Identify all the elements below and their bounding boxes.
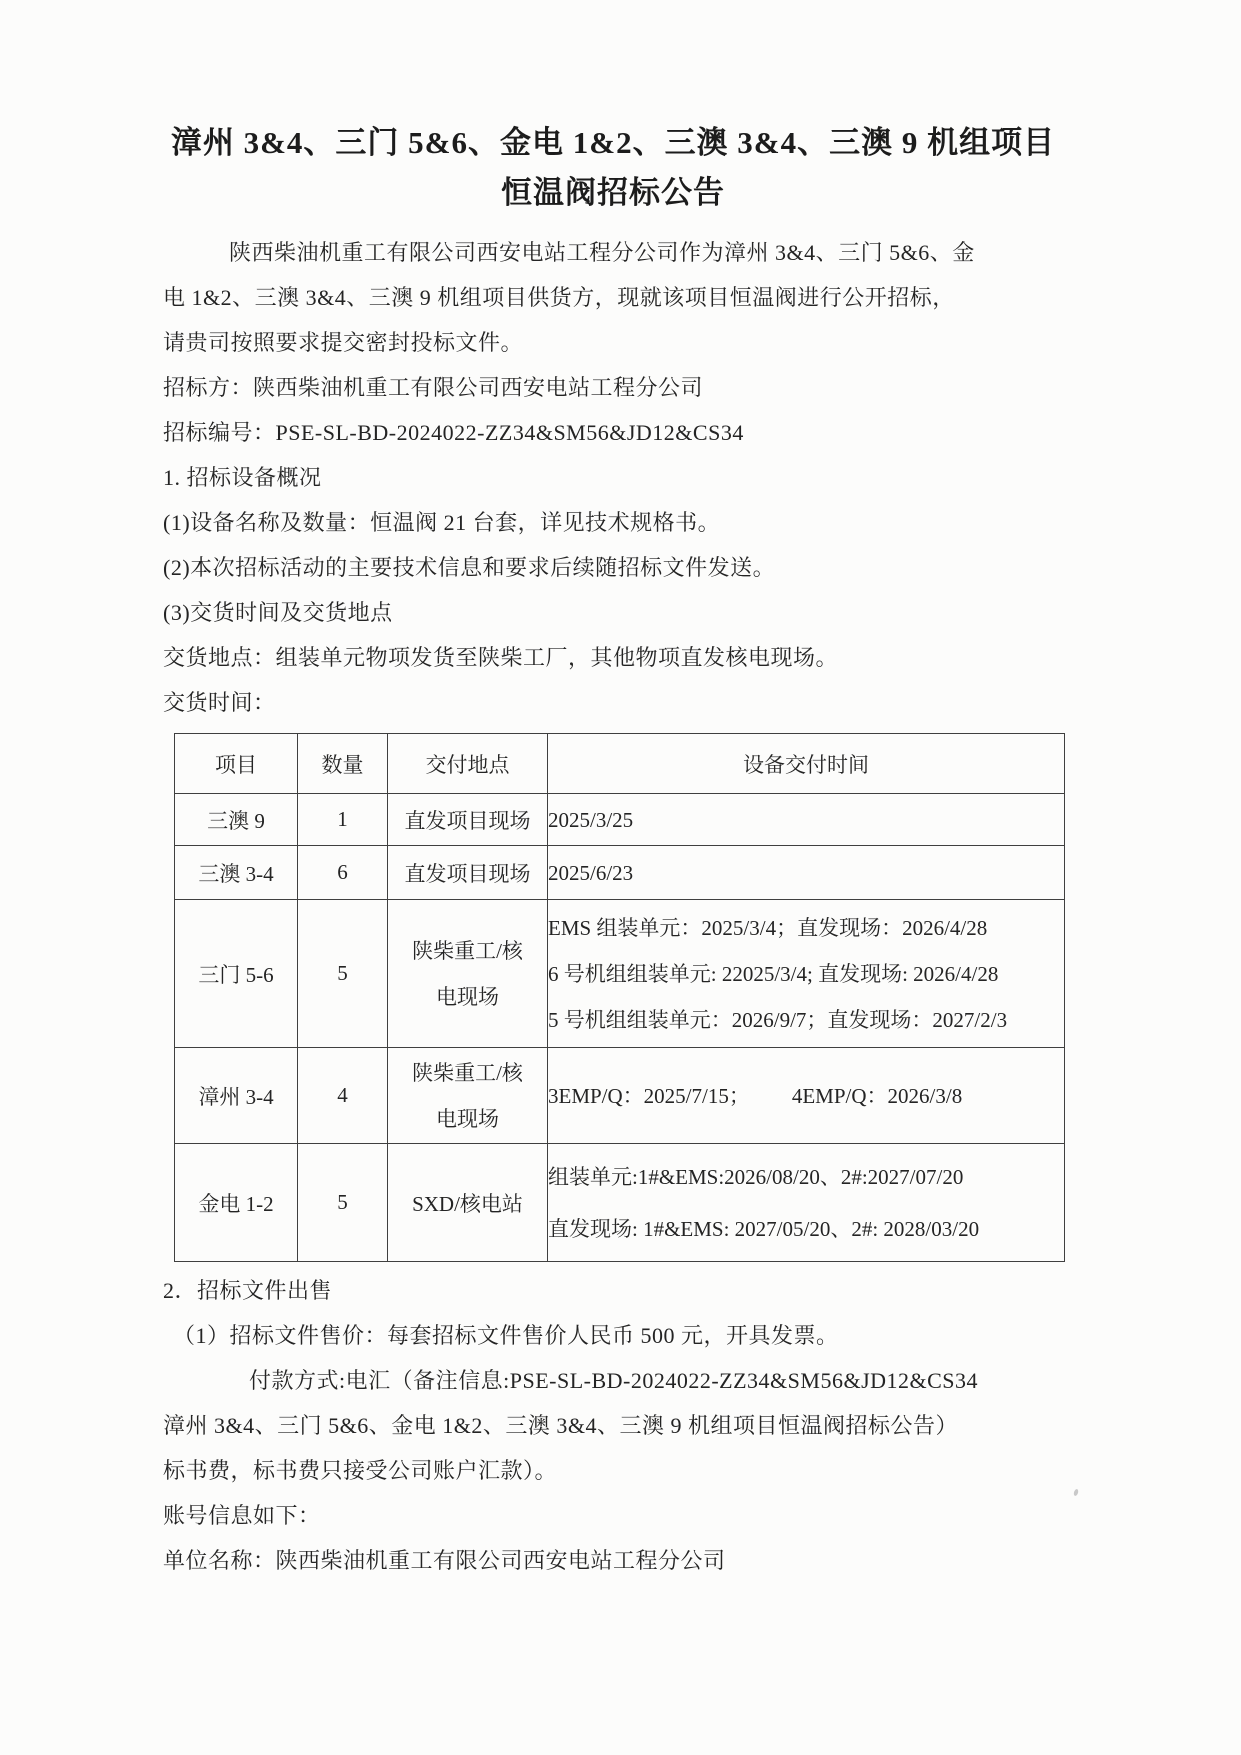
delivery-time-line: 2025/6/23	[548, 850, 1064, 896]
cell-project: 三澳 3-4	[175, 846, 298, 900]
section-1-item-1: (1)设备名称及数量：恒温阀 21 台套，详见技术规格书。	[163, 500, 1063, 545]
title-line-1: 漳州 3&4、三门 5&6、金电 1&2、三澳 3&4、三澳 9 机组项目	[163, 118, 1063, 168]
delivery-time-line: 5 号机组组装单元：2026/9/7；直发现场：2027/2/3	[548, 997, 1064, 1043]
cell-project: 三门 5-6	[175, 900, 298, 1048]
location-line: 陕柴重工/核	[388, 928, 547, 974]
doc-price-line: （1）招标文件售价：每套招标文件售价人民币 500 元，开具发票。	[163, 1313, 1063, 1358]
delivery-time-line: 3EMP/Q：2025/7/15； 4EMP/Q：2026/3/8	[548, 1073, 1064, 1119]
cell-project: 金电 1-2	[175, 1144, 298, 1262]
cell-quantity: 5	[298, 900, 388, 1048]
section-1-item-3: (3)交货时间及交货地点	[163, 590, 1063, 635]
table-row: 三澳 3-4 6 直发项目现场 2025/6/23	[175, 846, 1065, 900]
tender-number-line: 招标编号：PSE-SL-BD-2024022-ZZ34&SM56&JD12&CS…	[163, 410, 1063, 455]
payment-method-line-3: 标书费，标书费只接受公司账户汇款）。	[163, 1448, 1063, 1493]
payment-method-line-1: 付款方式:电汇（备注信息:PSE-SL-BD-2024022-ZZ34&SM56…	[163, 1358, 1063, 1403]
cell-location: 直发项目现场	[388, 846, 548, 900]
document-content: 漳州 3&4、三门 5&6、金电 1&2、三澳 3&4、三澳 9 机组项目 恒温…	[163, 118, 1063, 1583]
cell-location: 陕柴重工/核 电现场	[388, 1048, 548, 1144]
table-row: 三门 5-6 5 陕柴重工/核 电现场 EMS 组装单元：2025/3/4；直发…	[175, 900, 1065, 1048]
cell-quantity: 5	[298, 1144, 388, 1262]
delivery-time-line: 6 号机组组装单元: 22025/3/4; 直发现场: 2026/4/28	[548, 951, 1064, 997]
cell-delivery-time: 3EMP/Q：2025/7/15； 4EMP/Q：2026/3/8	[548, 1048, 1065, 1144]
delivery-time-line: 组装单元:1#&EMS:2026/08/20、2#:2027/07/20	[548, 1151, 1064, 1203]
sale-section: 2．招标文件出售 （1）招标文件售价：每套招标文件售价人民币 500 元，开具发…	[163, 1268, 1063, 1583]
section-2-heading: 2．招标文件出售	[163, 1268, 1063, 1313]
scanned-document-page: 漳州 3&4、三门 5&6、金电 1&2、三澳 3&4、三澳 9 机组项目 恒温…	[0, 0, 1241, 1755]
cell-quantity: 6	[298, 846, 388, 900]
section-1-heading: 1. 招标设备概况	[163, 455, 1063, 500]
scan-artifact-speck	[1073, 1489, 1079, 1497]
col-header-location: 交付地点	[388, 734, 548, 794]
cell-delivery-time: 2025/6/23	[548, 846, 1065, 900]
cell-quantity: 1	[298, 794, 388, 846]
delivery-schedule-table: 项目 数量 交付地点 设备交付时间 三澳 9 1 直发项目现场 2025/3/2…	[174, 733, 1065, 1262]
section-1-item-2: (2)本次招标活动的主要技术信息和要求后续随招标文件发送。	[163, 545, 1063, 590]
payment-method-line-2: 漳州 3&4、三门 5&6、金电 1&2、三澳 3&4、三澳 9 机组项目恒温阀…	[163, 1403, 1063, 1448]
cell-location: 陕柴重工/核 电现场	[388, 900, 548, 1048]
title-line-2: 恒温阀招标公告	[163, 168, 1063, 218]
intro-section: 陕西柴油机重工有限公司西安电站工程分公司作为漳州 3&4、三门 5&6、金 电 …	[163, 230, 1063, 725]
table-header-row: 项目 数量 交付地点 设备交付时间	[175, 734, 1065, 794]
location-line: 电现场	[388, 974, 547, 1020]
cell-delivery-time: 2025/3/25	[548, 794, 1065, 846]
delivery-time-line: 2025/3/25	[548, 797, 1064, 843]
delivery-time-label: 交货时间：	[163, 680, 1063, 725]
intro-paragraph-line-2: 电 1&2、三澳 3&4、三澳 9 机组项目供货方，现就该项目恒温阀进行公开招标…	[163, 275, 1063, 320]
delivery-place-line: 交货地点：组装单元物项发货至陕柴工厂，其他物项直发核电现场。	[163, 635, 1063, 680]
company-name-line: 单位名称：陕西柴油机重工有限公司西安电站工程分公司	[163, 1538, 1063, 1583]
cell-quantity: 4	[298, 1048, 388, 1144]
col-header-quantity: 数量	[298, 734, 388, 794]
intro-paragraph-line-3: 请贵司按照要求提交密封投标文件。	[163, 320, 1063, 365]
table-row: 漳州 3-4 4 陕柴重工/核 电现场 3EMP/Q：2025/7/15； 4E…	[175, 1048, 1065, 1144]
account-info-label: 账号信息如下：	[163, 1493, 1063, 1538]
cell-location: SXD/核电站	[388, 1144, 548, 1262]
cell-location: 直发项目现场	[388, 794, 548, 846]
table-row: 金电 1-2 5 SXD/核电站 组装单元:1#&EMS:2026/08/20、…	[175, 1144, 1065, 1262]
location-line: 电现场	[388, 1096, 547, 1142]
cell-delivery-time: EMS 组装单元：2025/3/4；直发现场：2026/4/28 6 号机组组装…	[548, 900, 1065, 1048]
document-title: 漳州 3&4、三门 5&6、金电 1&2、三澳 3&4、三澳 9 机组项目 恒温…	[163, 118, 1063, 218]
delivery-time-line: 直发现场: 1#&EMS: 2027/05/20、2#: 2028/03/20	[548, 1203, 1064, 1255]
table-row: 三澳 9 1 直发项目现场 2025/3/25	[175, 794, 1065, 846]
delivery-time-line: EMS 组装单元：2025/3/4；直发现场：2026/4/28	[548, 905, 1064, 951]
cell-project: 三澳 9	[175, 794, 298, 846]
intro-paragraph-line-1: 陕西柴油机重工有限公司西安电站工程分公司作为漳州 3&4、三门 5&6、金	[163, 230, 1063, 275]
col-header-delivery-time: 设备交付时间	[548, 734, 1065, 794]
tender-party-line: 招标方：陕西柴油机重工有限公司西安电站工程分公司	[163, 365, 1063, 410]
cell-project: 漳州 3-4	[175, 1048, 298, 1144]
col-header-project: 项目	[175, 734, 298, 794]
cell-delivery-time: 组装单元:1#&EMS:2026/08/20、2#:2027/07/20 直发现…	[548, 1144, 1065, 1262]
location-line: 陕柴重工/核	[388, 1050, 547, 1096]
